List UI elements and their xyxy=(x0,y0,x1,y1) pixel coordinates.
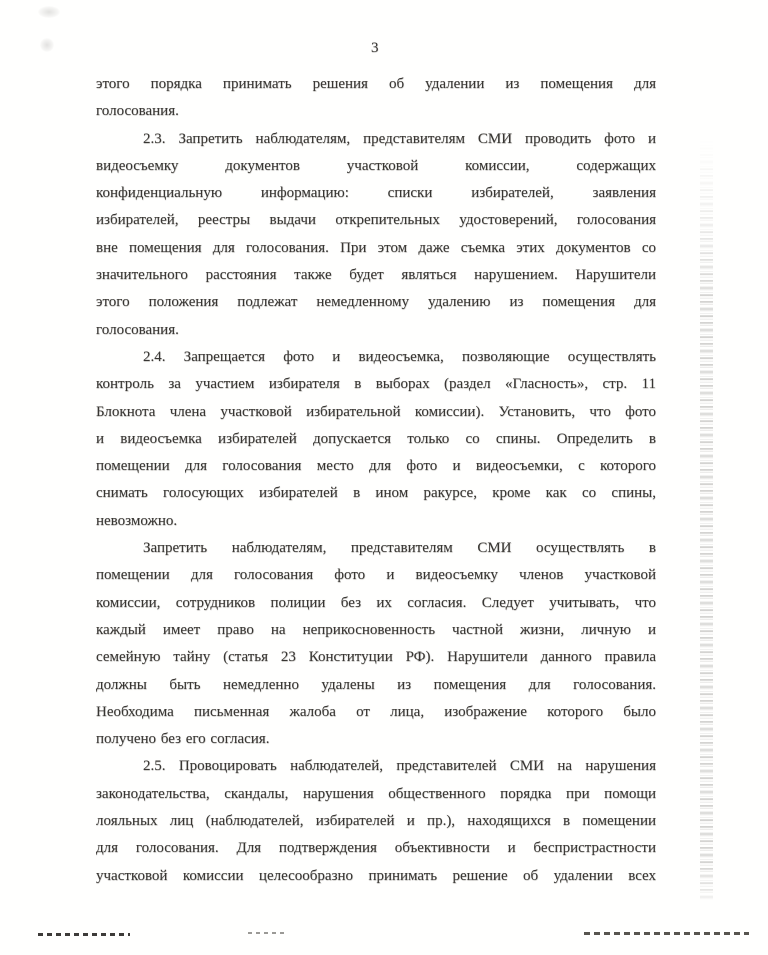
text-line: избирателей, реестры выдачи открепительн… xyxy=(96,207,656,234)
page-number: 3 xyxy=(95,40,655,57)
text-line: участковой комиссии целесообразно приним… xyxy=(96,863,656,890)
text-line: получено без его согласия. xyxy=(96,726,656,753)
text-line: помещении для голосования фото и видеосъ… xyxy=(96,562,656,589)
text-line: этого положения подлежат немедленному уд… xyxy=(96,289,656,316)
text-line: для голосования. Для подтверждения объек… xyxy=(96,835,656,862)
scan-artifact-dashes-right xyxy=(584,932,749,935)
scan-noise-band xyxy=(700,140,713,900)
text-line: 2.5. Провоцировать наблюдателей, предста… xyxy=(96,753,656,780)
scan-artifact-dashes-left xyxy=(38,933,130,936)
text-line: законодательства, скандалы, нарушения об… xyxy=(96,781,656,808)
text-line: Запретить наблюдателям, представителям С… xyxy=(96,535,656,562)
text-line: 2.4. Запрещается фото и видеосъемка, поз… xyxy=(96,344,656,371)
text-line: помещении для голосования место для фото… xyxy=(96,453,656,480)
text-line: конфиденциальную информацию: списки изби… xyxy=(96,180,656,207)
scanned-document-page: 3 этого порядка принимать решения об уда… xyxy=(0,0,768,955)
text-line: невозможно. xyxy=(96,508,656,535)
text-line: лояльных лиц (наблюдателей, избирателей … xyxy=(96,808,656,835)
text-line: семейную тайну (статья 23 Конституции РФ… xyxy=(96,644,656,671)
text-line: этого порядка принимать решения об удале… xyxy=(96,71,656,98)
text-line: 2.3. Запретить наблюдателям, представите… xyxy=(96,126,656,153)
text-line: Блокнота члена участковой избирательной … xyxy=(96,399,656,426)
text-line: значительного расстояния также будет явл… xyxy=(96,262,656,289)
text-line: должны быть немедленно удалены из помеще… xyxy=(96,672,656,699)
scan-artifact-dashes-middle xyxy=(248,932,284,934)
text-line: видеосъемку документов участковой комисс… xyxy=(96,153,656,180)
text-line: контроль за участием избирателя в выбора… xyxy=(96,371,656,398)
text-line: вне помещения для голосования. При этом … xyxy=(96,235,656,262)
scan-smudge-artifact xyxy=(38,6,60,18)
text-line: Необходима письменная жалоба от лица, из… xyxy=(96,699,656,726)
text-line: снимать голосующих избирателей в ином ра… xyxy=(96,480,656,507)
text-line: комиссии, сотрудников полиции без их сог… xyxy=(96,590,656,617)
text-line: голосования. xyxy=(96,98,656,125)
scan-smudge-artifact xyxy=(40,38,54,52)
text-line: и видеосъемка избирателей допускается то… xyxy=(96,426,656,453)
text-line: каждый имеет право на неприкосновенность… xyxy=(96,617,656,644)
text-line: голосования. xyxy=(96,317,656,344)
text-block: этого порядка принимать решения об удале… xyxy=(96,71,656,890)
